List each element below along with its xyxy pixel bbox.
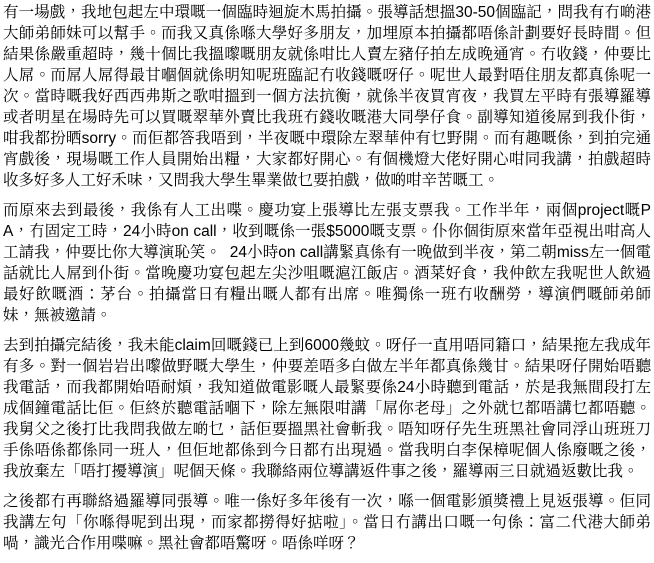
paragraph: 去到拍攝完結後，我未能claim回嘅錢已上到6000幾蚊。呀仔一直用唔同籍口，結… [3,335,651,482]
paragraph: 有一場戲，我地包起左中環嘅一個臨時迴旋木馬拍攝。張導話想搵30-50個臨記，問我… [3,2,651,191]
paragraph: 而原來去到最後，我係有人工出喋。慶功宴上張導比左張支票我。工作半年，兩個proj… [3,200,651,326]
document-body: 有一場戲，我地包起左中環嘅一個臨時迴旋木馬拍攝。張導話想搵30-50個臨記，問我… [0,0,654,554]
paragraph: 之後都冇再聯絡過羅導同張導。唯一係好多年後有一次，喺一個電影頒獎禮上見返張導。佢… [3,491,651,554]
